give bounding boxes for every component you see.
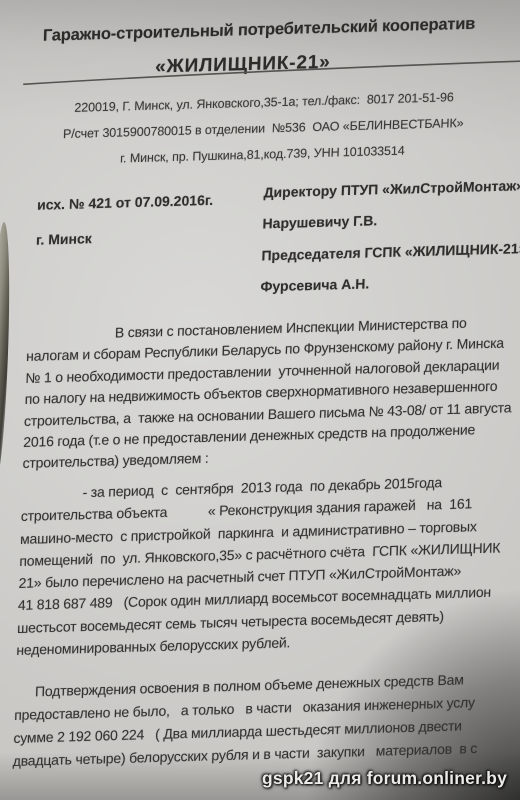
recipient-block: Директору ПТУП «ЖилСтройМонтаж» Нарушеви… <box>260 170 520 303</box>
document-photo: Гаражно-строительный потребительский коо… <box>0 0 520 800</box>
outgoing-ref-number: исх. № 421 от 07.09.2016г. <box>37 183 214 223</box>
recipient-line: Фурсевича А.Н. <box>260 264 520 303</box>
org-name-heading: «ЖИЛИЩНИК-21» <box>7 48 478 83</box>
reference-block: исх. № 421 от 07.09.2016г. г. Минск <box>35 183 213 258</box>
ref-city: г. Минск <box>35 218 212 258</box>
letterhead-address: 220019, Г. Минск, ул. Янковского,35-1а; … <box>9 82 517 175</box>
paragraph-1: В связи с постановлением Инспекции Минис… <box>22 311 514 474</box>
paragraph-3: Подтверждения освоения в полном объеме д… <box>12 668 479 773</box>
org-type-heading: Гаражно-строительный потребительский коо… <box>8 14 509 47</box>
forum-watermark: gspk21 для forum.onliner.by <box>262 768 507 789</box>
paragraph-2: - за период с сентября 2013 года по дека… <box>16 470 503 662</box>
letter-page: Гаражно-строительный потребительский коо… <box>0 0 520 800</box>
